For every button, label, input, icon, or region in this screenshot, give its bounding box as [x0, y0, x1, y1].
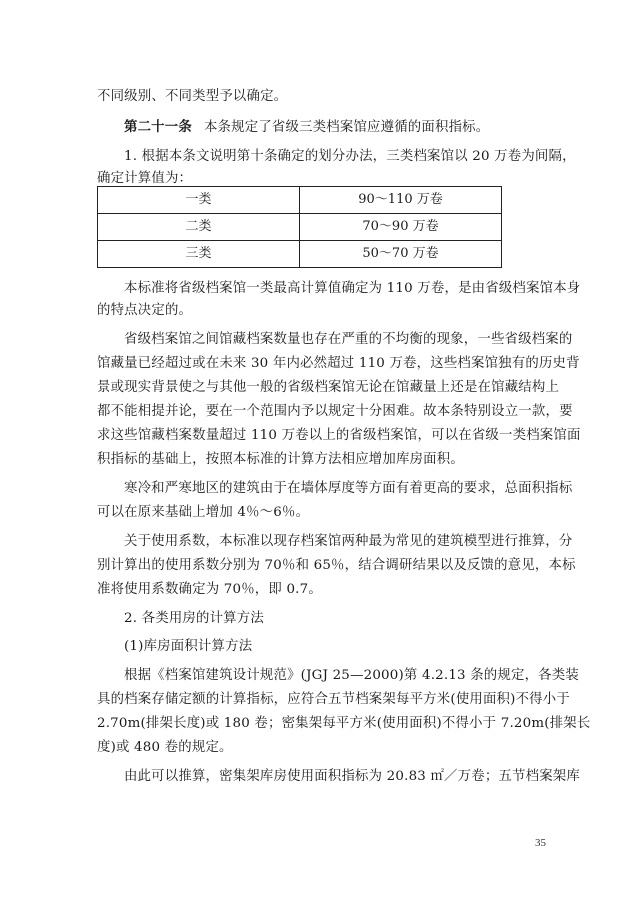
text-line: 景或现实背景使之与其他一般的省级档案馆无论在馆藏量上还是在馆藏结构上 [97, 379, 559, 397]
text-line: 根据《档案馆建筑设计规范》(JGJ 25—2000)第 4.2.13 条的规定，… [124, 667, 579, 685]
text-line: 不同级别、不同类型予以确定。 [97, 88, 287, 106]
table-cell-category: 二类 [98, 214, 300, 241]
article-heading-line: 第二十一条本条规定了省级三类档案馆应遵循的面积指标。 [124, 118, 489, 137]
table-cell-range: 70～90 万卷 [300, 214, 502, 241]
text-line: 都不能相提并论，要在一个范围内予以规定十分困难。故本条特别设立一款，要 [97, 403, 573, 421]
table-cell-range: 90～110 万卷 [300, 187, 502, 214]
table-row: 三类 50～70 万卷 [98, 241, 502, 268]
article-heading: 第二十一条 [124, 119, 192, 135]
table-row: 一类 90～110 万卷 [98, 187, 502, 214]
text-line: 求这些馆藏档案数量超过 110 万卷以上的省级档案馆，可以在省级一类档案馆面 [97, 427, 581, 445]
text-line: 1. 根据本条文说明第十条确定的划分办法，三类档案馆以 20 万卷为间隔， [124, 148, 576, 166]
text-line: 关于使用系数，本标准以现存档案馆两种最为常见的建筑模型进行推算，分 [124, 533, 573, 551]
text-line: 积指标的基础上，按照本标准的计算方法相应增加库房面积。 [97, 451, 464, 469]
text-line: 省级档案馆之间馆藏档案数量也存在严重的不均衡的现象，一些省级档案的 [124, 331, 573, 349]
article-summary: 本条规定了省级三类档案馆应遵循的面积指标。 [204, 120, 489, 135]
text-line: 馆藏量已经超过或在未来 30 年内必然超过 110 万卷，这些档案馆独有的历史背 [97, 355, 580, 373]
class-range-table: 一类 90～110 万卷 二类 70～90 万卷 三类 50～70 万卷 [97, 186, 502, 268]
section-heading: 2. 各类用房的计算方法 [124, 610, 264, 628]
text-line: 的特点决定的。 [97, 302, 192, 320]
table-cell-category: 一类 [98, 187, 300, 214]
text-line: 度)或 480 卷的规定。 [97, 739, 233, 757]
text-line: 准将使用系数确定为 70％，即 0.7。 [97, 581, 322, 599]
subsection-heading: (1)库房面积计算方法 [124, 638, 252, 656]
table-row: 二类 70～90 万卷 [98, 214, 502, 241]
text-line: 可以在原来基础上增加 4％～6％。 [97, 504, 309, 522]
text-line: 由此可以推算，密集架库房使用面积指标为 20.83 ㎡／万卷；五节档案架库 [124, 768, 580, 786]
text-line: 本标准将省级档案馆一类最高计算值确定为 110 万卷，是由省级档案馆本身 [124, 280, 580, 298]
page-number: 35 [535, 837, 546, 849]
text-line: 别计算出的使用系数分别为 70％和 65％，结合调研结果以及反馈的意见，本标 [97, 557, 576, 575]
text-line: 2.70m(排架长度)或 180 卷；密集架每平方米(使用面积)不得小于 7.2… [97, 715, 590, 733]
text-line: 寒冷和严寒地区的建筑由于在墙体厚度等方面有着更高的要求，总面积指标 [124, 480, 573, 498]
table-cell-category: 三类 [98, 241, 300, 268]
text-line: 具的档案存储定额的计算指标，应符合五节档案架每平方米(使用面积)不得小于 [97, 691, 570, 709]
table-cell-range: 50～70 万卷 [300, 241, 502, 268]
